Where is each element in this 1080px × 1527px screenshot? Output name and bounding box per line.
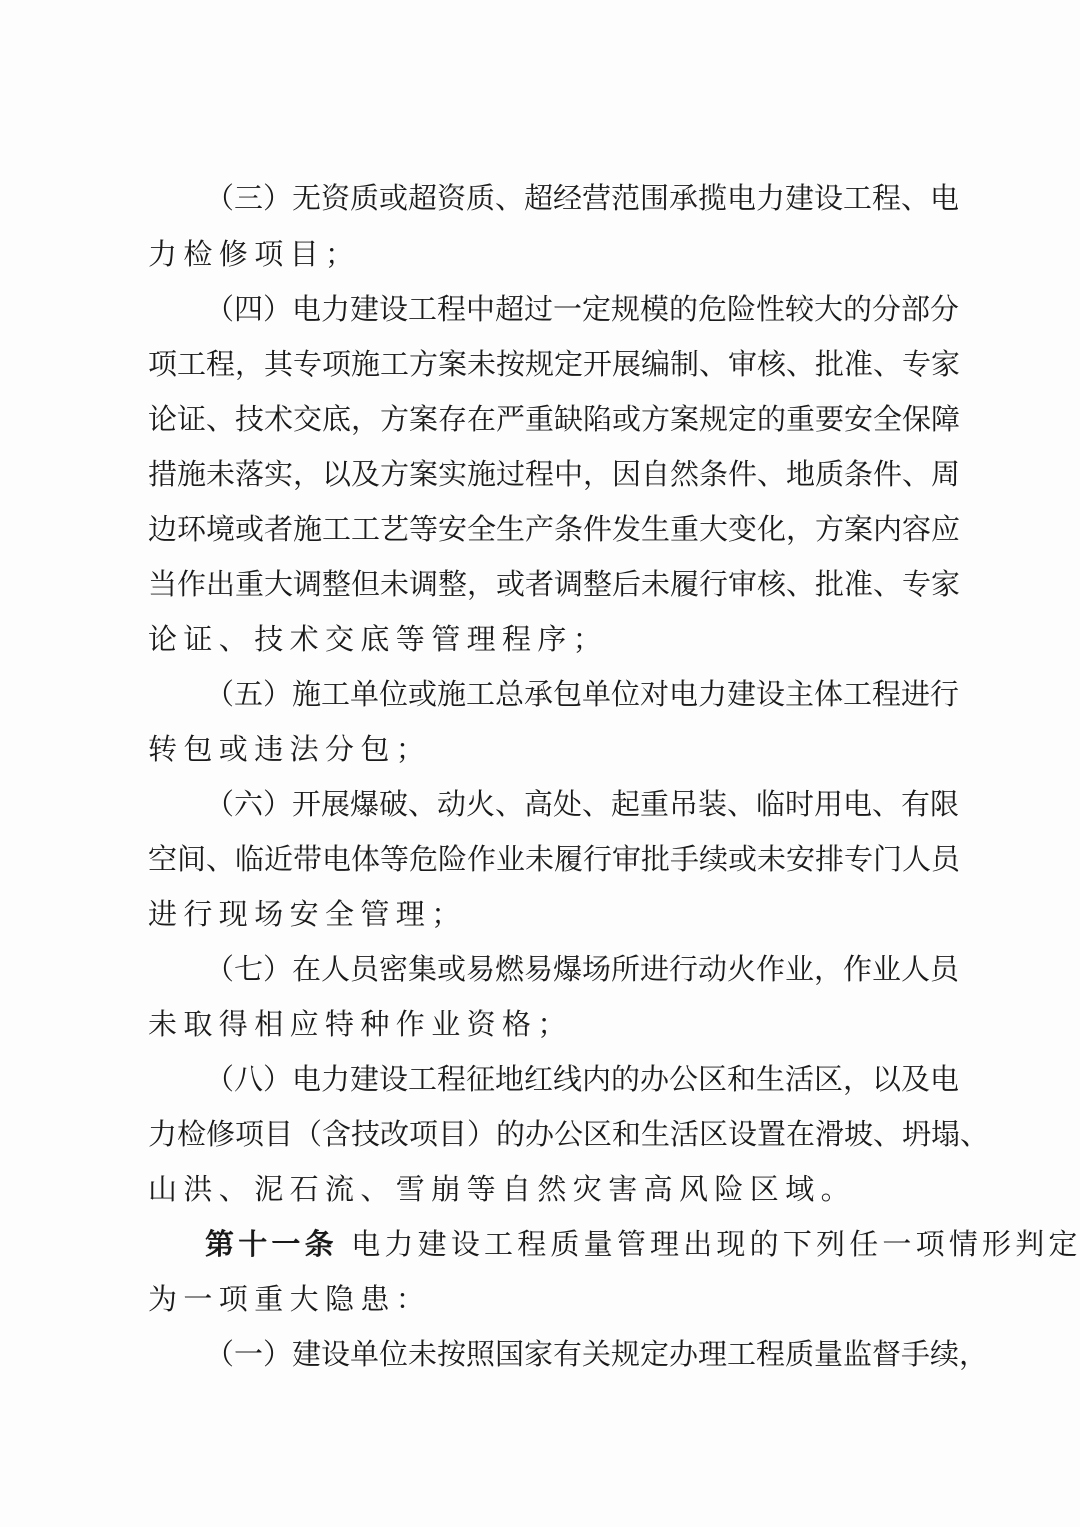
item-3-line-1: （三）无资质或超资质、超经营范围承揽电力建设工程、电 [205, 178, 932, 218]
item-6-line-2: 空间、临近带电体等危险作业未履行审批手续或未安排专门人员 [148, 839, 932, 879]
item-5-line-1: （五）施工单位或施工总承包单位对电力建设主体工程进行 [205, 674, 932, 714]
item-4-line-4: 措施未落实，以及方案实施过程中，因自然条件、地质条件、周 [148, 454, 932, 494]
item-4-line-5: 边环境或者施工工艺等安全生产条件发生重大变化，方案内容应 [148, 509, 932, 549]
article-11-item-1-line-1: （一）建设单位未按照国家有关规定办理工程质量监督手续， [205, 1334, 932, 1374]
item-4-line-7: 论证、技术交底等管理程序； [148, 619, 932, 659]
item-4-line-2: 项工程，其专项施工方案未按规定开展编制、审核、批准、专家 [148, 344, 932, 384]
item-6-line-1: （六）开展爆破、动火、高处、起重吊装、临时用电、有限 [205, 784, 932, 824]
article-11-line-1: 第十一条 电力建设工程质量管理出现的下列任一项情形判定 [205, 1224, 932, 1264]
item-6-line-3: 进行现场安全管理； [148, 894, 932, 934]
item-8-line-1: （八）电力建设工程征地红线内的办公区和生活区，以及电 [205, 1059, 932, 1099]
article-11-text: 电力建设工程质量管理出现的下列任一项情形判定 [338, 1227, 1080, 1261]
item-8-line-2: 力检修项目（含技改项目）的办公区和生活区设置在滑坡、坍塌、 [148, 1114, 932, 1154]
item-4-line-1: （四）电力建设工程中超过一定规模的危险性较大的分部分 [205, 289, 932, 329]
item-8-line-3: 山洪、泥石流、雪崩等自然灾害高风险区域。 [148, 1169, 932, 1209]
item-4-line-6: 当作出重大调整但未调整，或者调整后未履行审核、批准、专家 [148, 564, 932, 604]
article-11-heading: 第十一条 [205, 1227, 338, 1261]
document-page: （三）无资质或超资质、超经营范围承揽电力建设工程、电 力检修项目； （四）电力建… [0, 0, 1080, 1527]
item-7-line-1: （七）在人员密集或易燃易爆场所进行动火作业，作业人员 [205, 949, 932, 989]
item-4-line-3: 论证、技术交底，方案存在严重缺陷或方案规定的重要安全保障 [148, 399, 932, 439]
item-7-line-2: 未取得相应特种作业资格； [148, 1004, 932, 1044]
item-5-line-2: 转包或违法分包； [148, 729, 932, 769]
article-11-line-2: 为一项重大隐患： [148, 1279, 932, 1319]
item-3-line-2: 力检修项目； [148, 234, 932, 274]
